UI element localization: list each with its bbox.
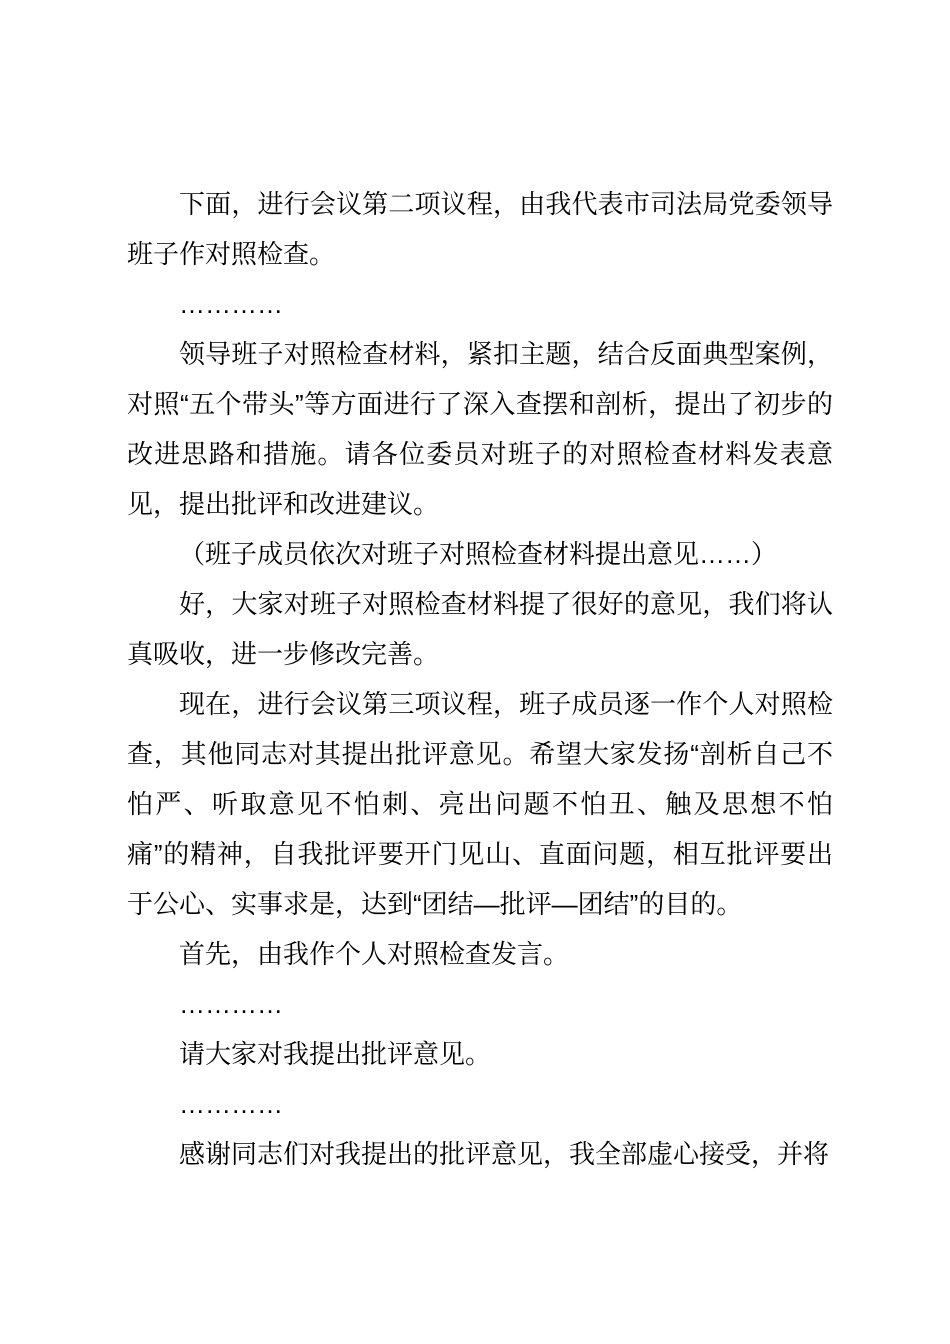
paragraph: ………… [127, 1079, 833, 1129]
paragraph: 领导班子对照检查材料，紧扣主题，结合反面典型案例，对照“五个带头”等方面进行了深… [127, 329, 833, 529]
document-page: 下面，进行会议第二项议程，由我代表市司法局党委领导班子作对照检查。…………领导班… [0, 0, 950, 1344]
paragraph: 感谢同志们对我提出的批评意见，我全部虚心接受，并将 [127, 1129, 833, 1179]
paragraph: 下面，进行会议第二项议程，由我代表市司法局党委领导班子作对照检查。 [127, 179, 833, 279]
paragraph: 首先，由我作个人对照检查发言。 [127, 929, 833, 979]
paragraph: ………… [127, 279, 833, 329]
paragraph: 现在，进行会议第三项议程，班子成员逐一作个人对照检查，其他同志对其提出批评意见。… [127, 679, 833, 929]
paragraph: ………… [127, 979, 833, 1029]
paragraph: （班子成员依次对班子对照检查材料提出意见……） [127, 529, 833, 579]
paragraph: 好，大家对班子对照检查材料提了很好的意见，我们将认真吸收，进一步修改完善。 [127, 579, 833, 679]
document-body: 下面，进行会议第二项议程，由我代表市司法局党委领导班子作对照检查。…………领导班… [127, 179, 833, 1179]
paragraph: 请大家对我提出批评意见。 [127, 1029, 833, 1079]
